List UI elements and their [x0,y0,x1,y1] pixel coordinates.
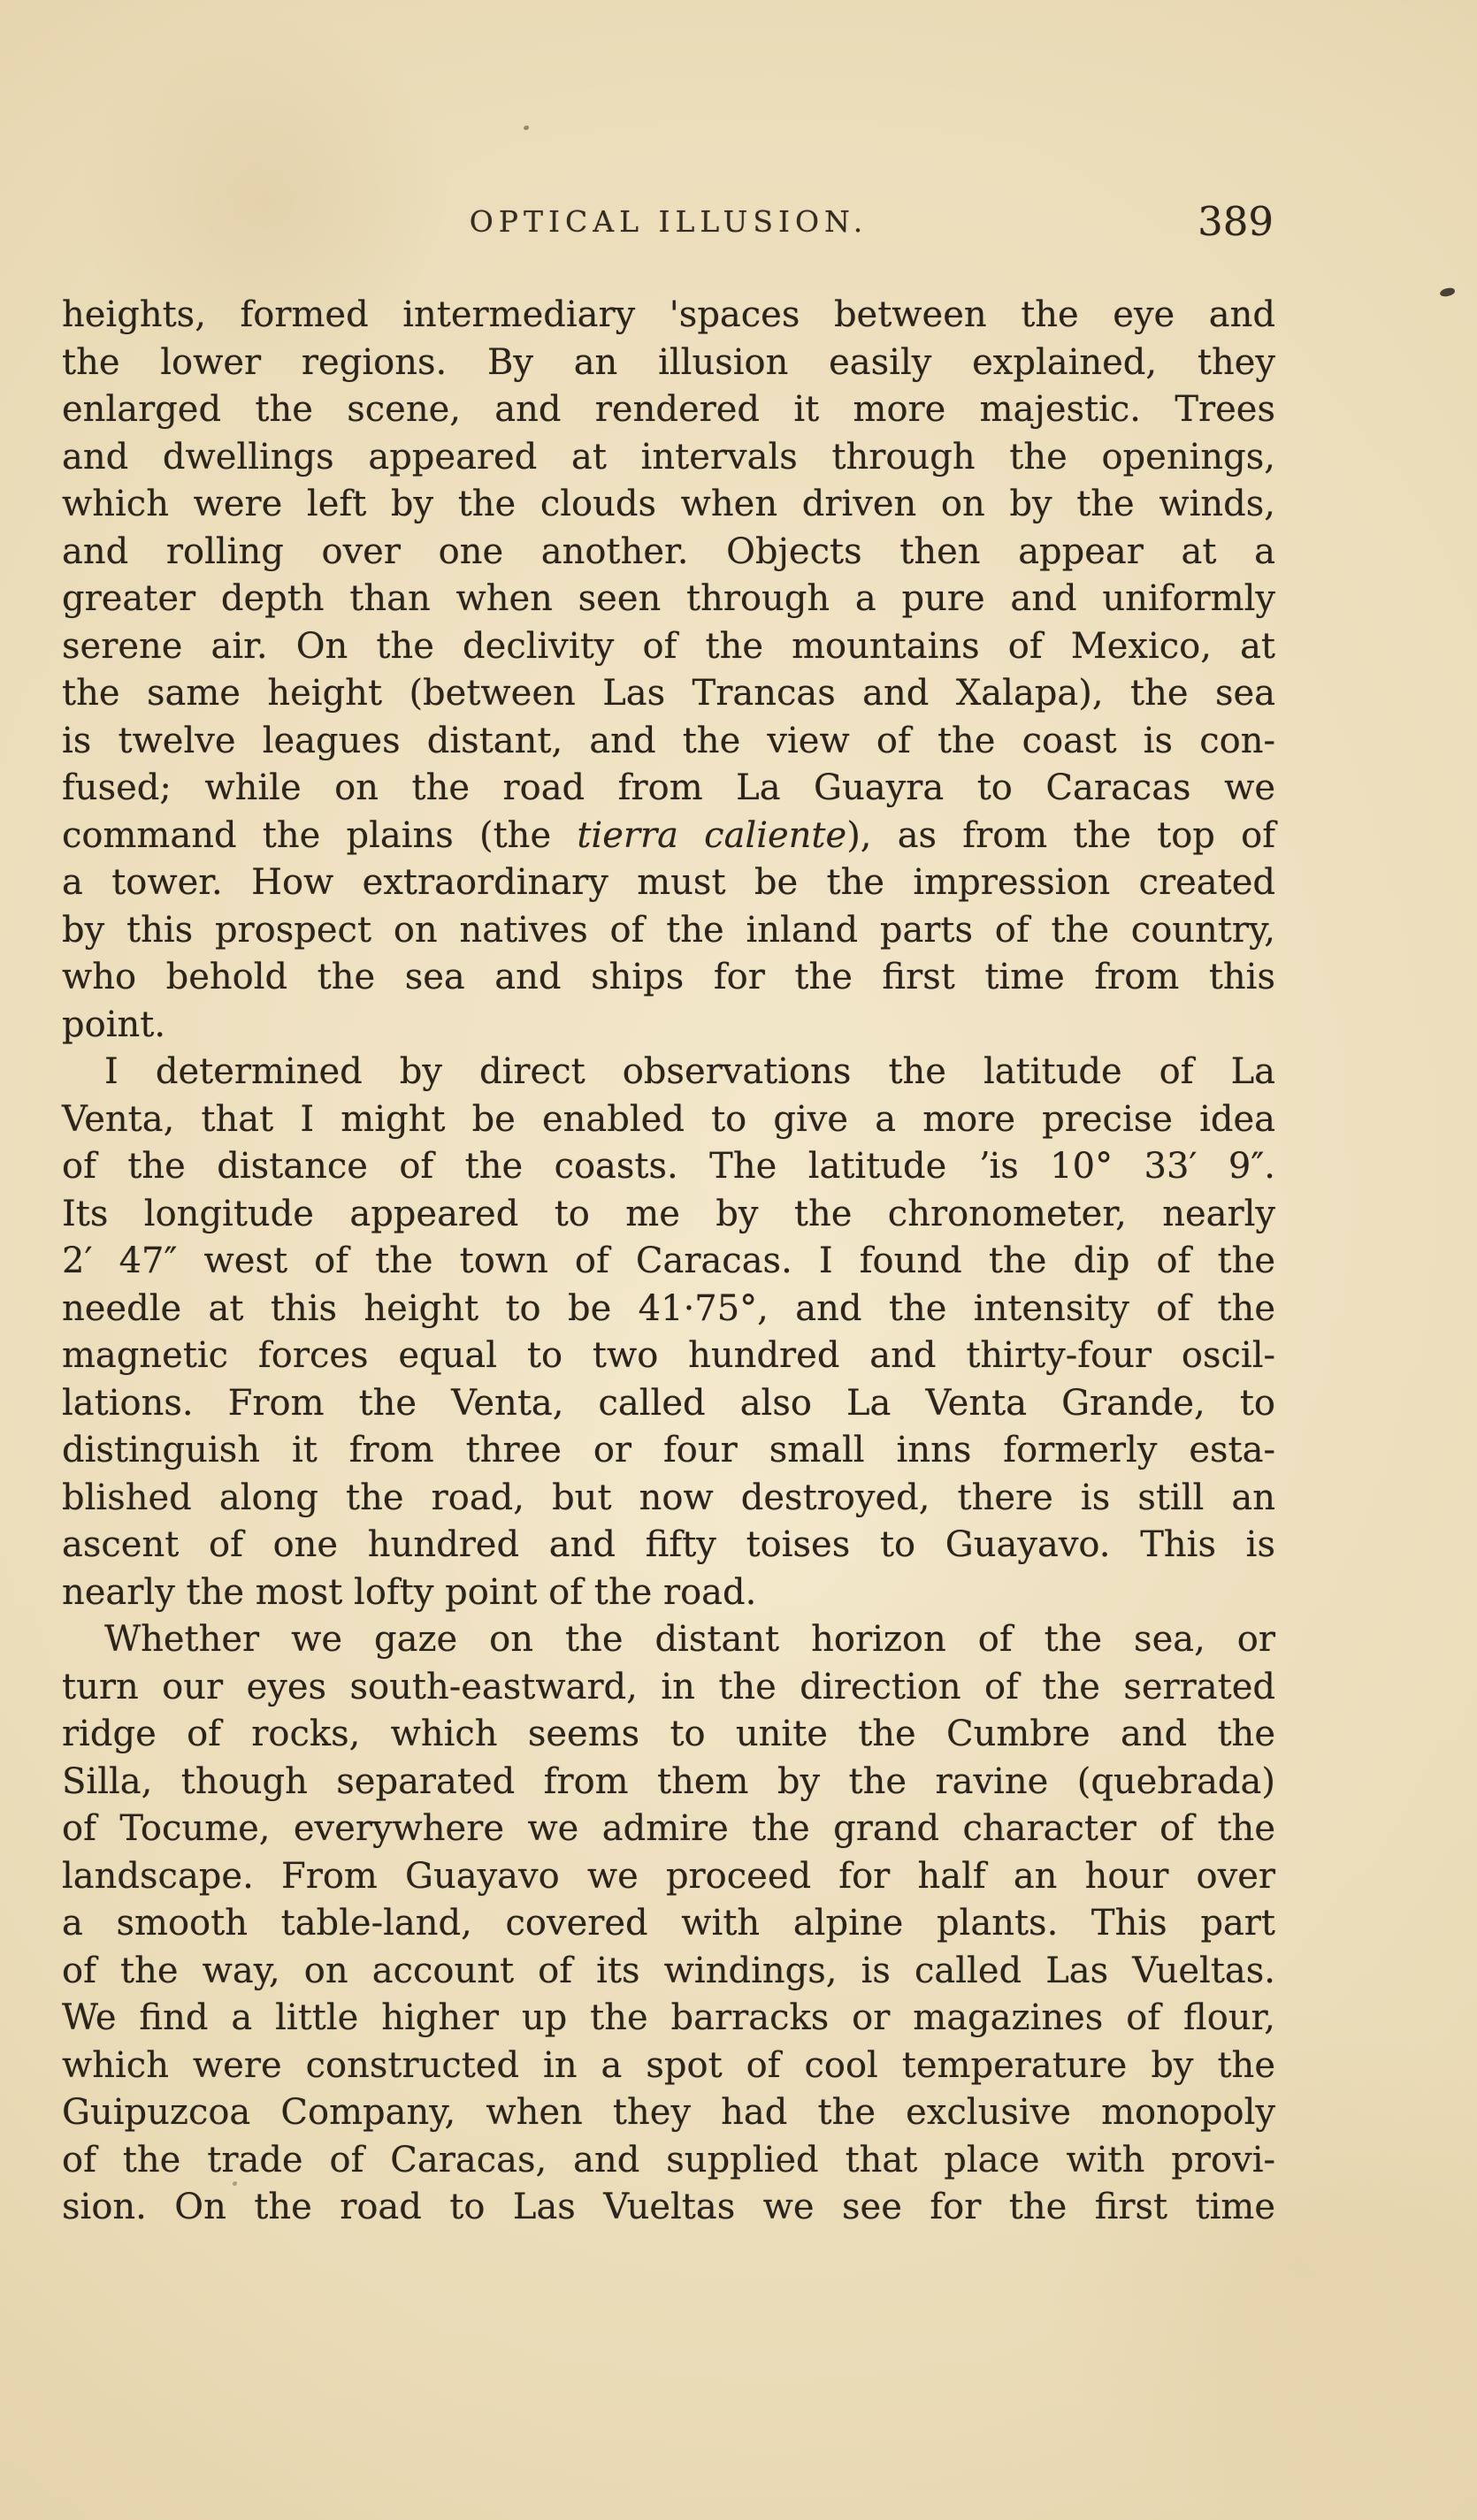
page-header: OPTICAL ILLUSION. 389 [62,207,1275,251]
text-line: greater depth than when seen through a p… [62,576,1275,623]
text-line: landscape. From Guayavo we proceed for h… [62,1853,1275,1901]
text-line: nearly the most lofty point of the road. [62,1569,1275,1617]
text-line: enlarged the scene, and rendered it more… [62,386,1275,434]
page-number: 389 [1198,202,1274,241]
text-line: which were left by the clouds when drive… [62,481,1275,529]
text-line: 2′ 47″ west of the town of Caracas. I fo… [62,1238,1275,1286]
text-line: fused; while on the road from La Guayra … [62,765,1275,813]
text-line: magnetic forces equal to two hundred and… [62,1333,1275,1380]
text-line: of Tocume, everywhere we admire the gran… [62,1806,1275,1853]
ink-speck [1439,287,1455,297]
text-line: sion. On the road to Las Vueltas we see … [62,2184,1275,2232]
text-line: the same height (between Las Trancas and… [62,670,1275,718]
text-line: needle at this height to be 41·75°, and … [62,1286,1275,1333]
text-line: Its longitude appeared to me by the chro… [62,1191,1275,1239]
text-line: of the way, on account of its windings, … [62,1948,1275,1996]
text-line: which were constructed in a spot of cool… [62,2043,1275,2090]
text-line: command the plains (the tierra caliente)… [62,813,1275,860]
text-line: ascent of one hundred and fifty toises t… [62,1522,1275,1569]
text-line: ridge of rocks, which seems to unite the… [62,1711,1275,1759]
text-line: of the distance of the coasts. The latit… [62,1143,1275,1191]
text-line: Guipuzcoa Company, when they had the exc… [62,2089,1275,2137]
text-line: heights, formed intermediary 'spaces bet… [62,292,1275,340]
text-line: point. [62,1002,1275,1050]
running-header: OPTICAL ILLUSION. [62,207,1275,236]
text-line: Silla, though separated from them by the… [62,1759,1275,1806]
text-line: a tower. How extraordinary must be the i… [62,859,1275,907]
text-line: by this prospect on natives of the inlan… [62,907,1275,955]
paper-speck [524,126,529,130]
text-line: distinguish it from three or four small … [62,1427,1275,1475]
text-line: a smooth table-land, covered with alpine… [62,1900,1275,1948]
body-text: heights, formed intermediary 'spaces bet… [62,292,1275,2232]
text-line: serene air. On the declivity of the moun… [62,623,1275,671]
text-line: of the trade of Caracas, and supplied th… [62,2137,1275,2185]
text-line: lations. From the Venta, called also La … [62,1380,1275,1428]
text-line: and rolling over one another. Objects th… [62,529,1275,577]
text-line: turn our eyes south-eastward, in the dir… [62,1664,1275,1712]
text-line: who behold the sea and ships for the fir… [62,954,1275,1002]
text-line: I determined by direct observations the … [62,1049,1275,1096]
text-line: Venta, that I might be enabled to give a… [62,1096,1275,1144]
text-line: Whether we gaze on the distant horizon o… [62,1616,1275,1664]
text-line: We find a little higher up the barracks … [62,1995,1275,2043]
book-page: OPTICAL ILLUSION. 389 heights, formed in… [0,0,1477,2520]
text-line: and dwellings appeared at intervals thro… [62,434,1275,482]
text-line: blished along the road, but now destroye… [62,1475,1275,1523]
text-line: the lower regions. By an illusion easily… [62,340,1275,387]
text-line: is twelve leagues distant, and the view … [62,718,1275,766]
